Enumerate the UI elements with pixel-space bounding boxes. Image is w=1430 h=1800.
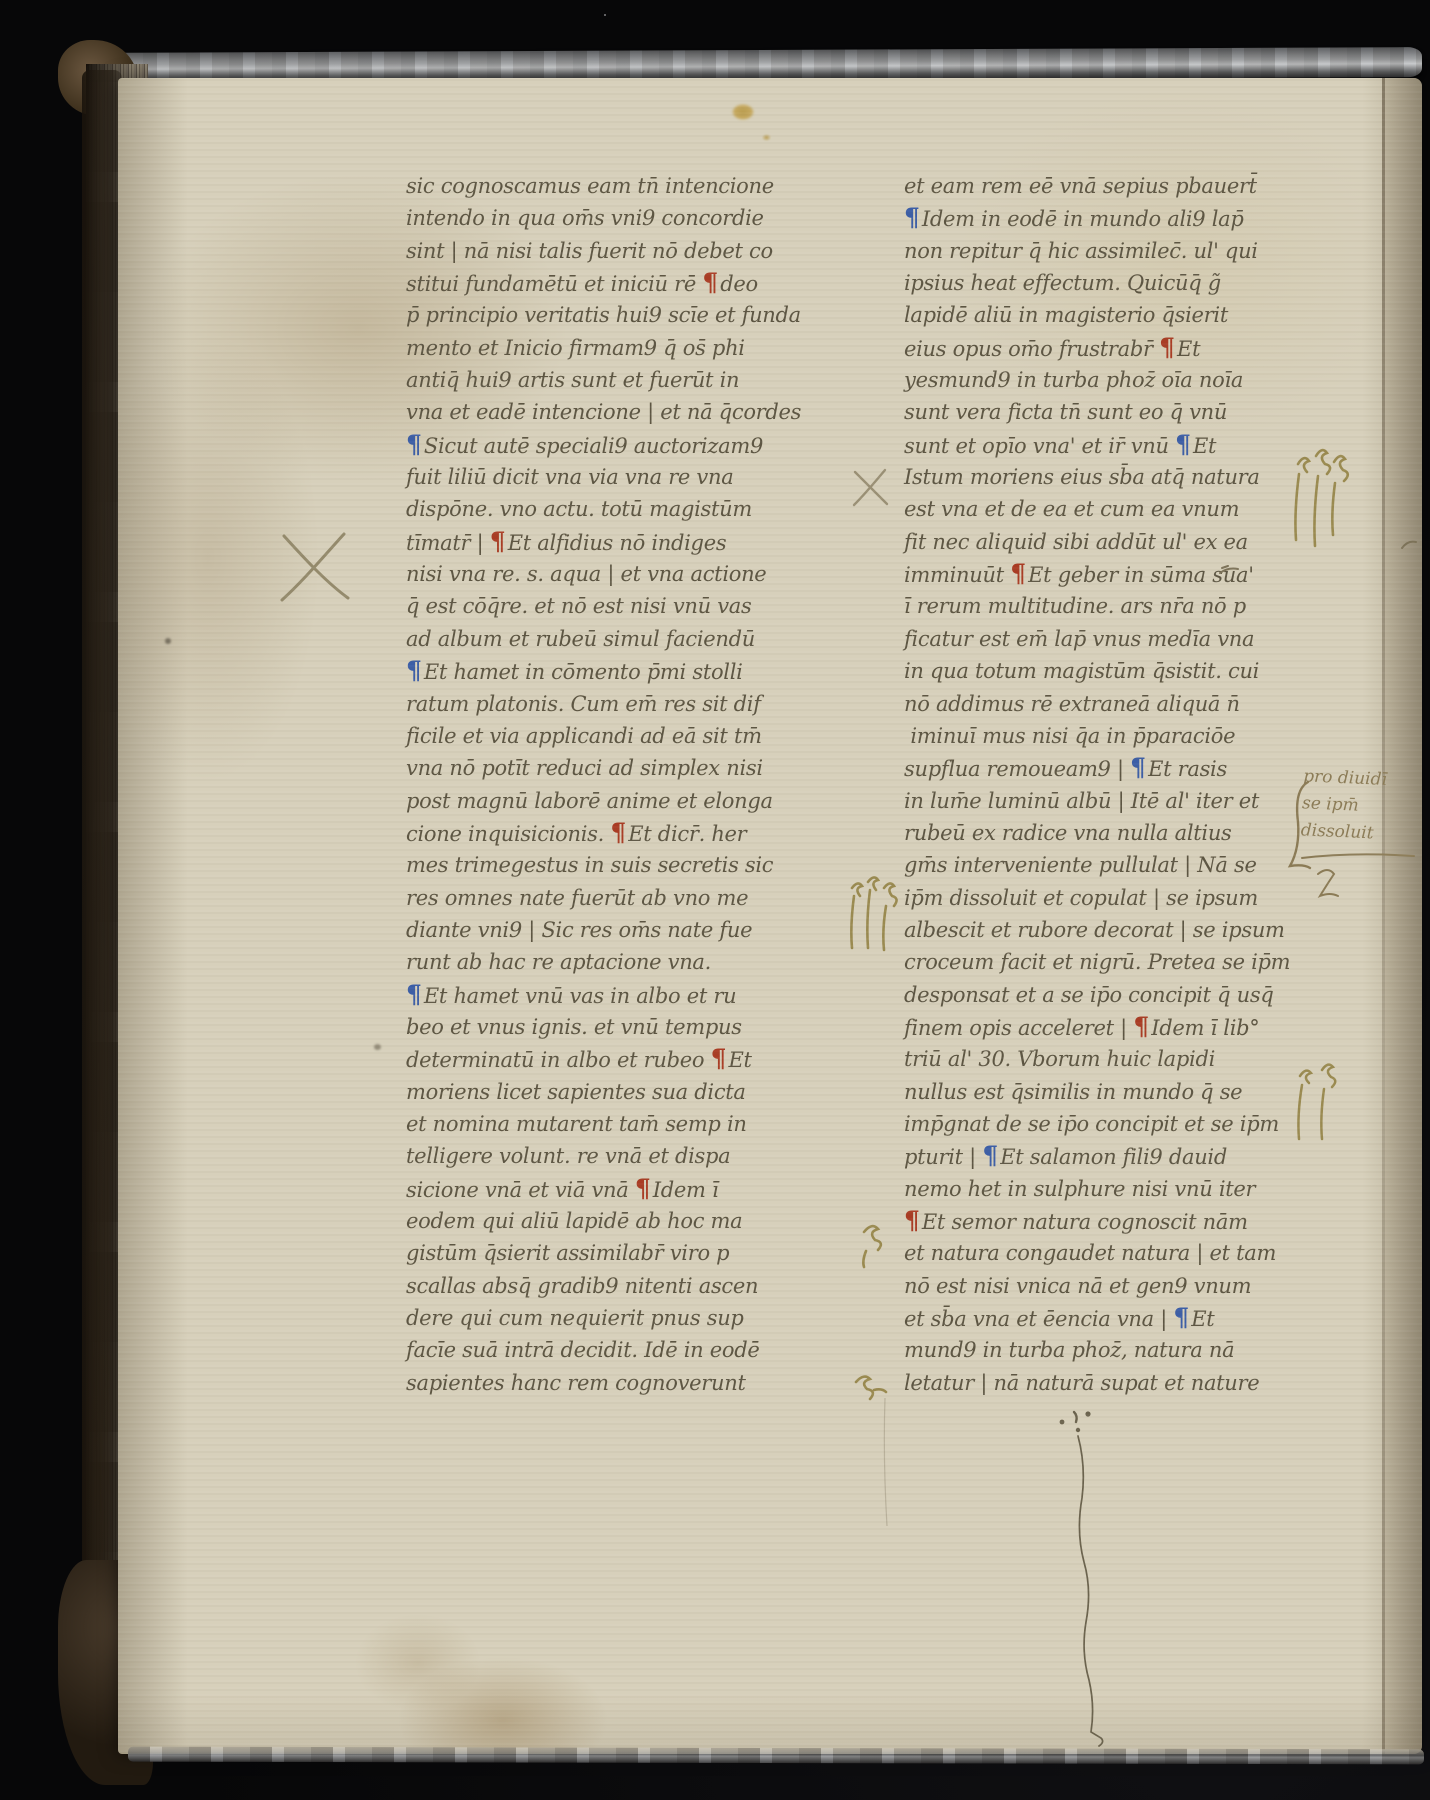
text-line: beo et vnus ignis. et vnū tempus bbox=[406, 1011, 778, 1043]
text-line: antiq̄ hui9 artis sunt et fuerūt in bbox=[406, 364, 778, 396]
text-line: p̄ principio veritatis hui9 scīe et fund… bbox=[406, 299, 778, 331]
red-pilcrow-icon: ¶ bbox=[702, 268, 720, 297]
text-line: stitui fundamētū et iniciū rē ¶deo bbox=[406, 267, 778, 299]
faint-hairline bbox=[880, 1398, 890, 1528]
text-line: fuit liliū dicit vna via vna re vna bbox=[406, 461, 778, 493]
text-line: sapientes hanc rem cognoverunt bbox=[406, 1367, 778, 1399]
text-line: moriens licet sapientes sua dicta bbox=[406, 1076, 778, 1108]
paraph-hook-icon bbox=[856, 1220, 896, 1270]
red-pilcrow-icon: ¶ bbox=[610, 818, 628, 847]
text-line: yesmund9 in turba phoz̄ oīa noīa bbox=[904, 364, 1284, 396]
text-line: res omnes nate fuerūt ab vno me bbox=[406, 882, 778, 914]
red-pilcrow-icon: ¶ bbox=[1133, 1012, 1151, 1041]
blue-pilcrow-icon: ¶ bbox=[1173, 1303, 1191, 1332]
text-line: gistūm q̄sierit assimilabr̄ viro p bbox=[406, 1237, 778, 1269]
text-line: ¶Et semor natura cognoscit nām bbox=[904, 1205, 1284, 1237]
text-line: ad album et rubeū simul faciendū bbox=[406, 623, 778, 655]
text-line: ratum platonis. Cum em̄ res sit dif bbox=[406, 688, 778, 720]
text-line: imp̄gnat de se ip̄o concipit et se ip̄m bbox=[904, 1108, 1284, 1140]
blue-pilcrow-icon: ¶ bbox=[982, 1141, 1000, 1170]
text-line: gm̄s interveniente pullulat | Nā se bbox=[904, 849, 1284, 881]
blue-pilcrow-icon: ¶ bbox=[1175, 430, 1193, 459]
blue-pilcrow-icon: ¶ bbox=[1130, 753, 1148, 782]
book-tail-edge bbox=[128, 1747, 1424, 1765]
text-line: facīe suā intrā decidit. Idē in eodē bbox=[406, 1334, 778, 1366]
text-line: nullus est q̄similis in mundo q̄ se bbox=[904, 1076, 1284, 1108]
text-line: lapidē aliū in magisterio q̄sierit bbox=[904, 299, 1284, 331]
text-line: eius opus om̄o frustrabr̄ ¶Et bbox=[904, 332, 1284, 364]
text-line: ¶Sicut autē speciali9 auctorizam9 bbox=[406, 429, 778, 461]
text-line: nō addimus rē extraneā aliquā n̄ bbox=[904, 688, 1284, 720]
text-line: vna et eadē intencione | et nā q̄cordes bbox=[406, 396, 778, 428]
dust-speck bbox=[604, 14, 606, 16]
blue-pilcrow-icon: ¶ bbox=[904, 203, 922, 232]
stain-spot bbox=[732, 104, 754, 120]
red-pilcrow-icon: ¶ bbox=[711, 1044, 729, 1073]
descender-line-icon bbox=[1064, 1434, 1110, 1750]
text-column-right: et eam rem eē vnā sepius pbauert̄¶Idem i… bbox=[904, 170, 1284, 1399]
text-line: runt ab hac re aptacione vna. bbox=[406, 946, 778, 978]
text-line: telligere volunt. re vnā et dispa bbox=[406, 1140, 778, 1172]
text-line: ip̄m dissoluit et copulat | se ipsum bbox=[904, 882, 1284, 914]
margin-note-underline bbox=[1300, 850, 1420, 906]
red-pilcrow-icon: ¶ bbox=[1010, 559, 1028, 588]
text-line: in lum̄e luminū albū | Itē al' iter et bbox=[904, 785, 1284, 817]
text-line: post magnū laborē anime et elonga bbox=[406, 785, 778, 817]
text-line: q̄ est cōq̄re. et nō est nisi vnū vas bbox=[406, 590, 778, 622]
text-line: et sb̄a vna et ēencia vna | ¶Et bbox=[904, 1302, 1284, 1334]
darkened-spine-edge bbox=[82, 70, 122, 1760]
text-line: albescit et rubore decorat | se ipsum bbox=[904, 914, 1284, 946]
blue-pilcrow-icon: ¶ bbox=[406, 430, 424, 459]
text-line: nemo het in sulphure nisi vnū iter bbox=[904, 1173, 1284, 1205]
text-line: scallas absq̄ gradib9 nitenti ascen bbox=[406, 1270, 778, 1302]
text-line: fit nec aliquid sibi addūt ul' ex ea bbox=[904, 526, 1284, 558]
dash-mark bbox=[1400, 538, 1418, 552]
text-line: dere qui cum nequierit pnus sup bbox=[406, 1302, 778, 1334]
dash-mark bbox=[1218, 564, 1240, 578]
text-line: ficatur est em̄ lap̄ vnus medīa vna bbox=[904, 623, 1284, 655]
text-line: croceum facit et nigrū. Pretea se ip̄m bbox=[904, 946, 1284, 978]
margin-note-line: dissoluit bbox=[1300, 817, 1425, 849]
red-pilcrow-icon: ¶ bbox=[1159, 333, 1177, 362]
text-line: diante vni9 | Sic res om̄s nate fue bbox=[406, 914, 778, 946]
text-line: dispōne. vno actu. totū magistūm bbox=[406, 493, 778, 525]
text-line: sicione vnā et viā vnā ¶Idem ī bbox=[406, 1173, 778, 1205]
text-line: nisi vna re. s. aqua | et vna actione bbox=[406, 558, 778, 590]
text-line: letatur | nā naturā supat et nature bbox=[904, 1367, 1284, 1399]
text-line: mento et Inicio firmam9 q̄ os̄ phi bbox=[406, 332, 778, 364]
text-line: supflua remoueam9 | ¶Et rasis bbox=[904, 752, 1284, 784]
red-pilcrow-icon: ¶ bbox=[904, 1206, 922, 1235]
margin-note: pro diuidīse ipm̄dissoluit bbox=[1300, 763, 1427, 849]
text-line: ipsius heat effectum. Quicūq̄ g̃ bbox=[904, 267, 1284, 299]
text-line: mes trimegestus in suis secretis sic bbox=[406, 849, 778, 881]
text-line: triū al' 30. Vborum huic lapidi bbox=[904, 1043, 1284, 1075]
text-line: eodem qui aliū lapidē ab hoc ma bbox=[406, 1205, 778, 1237]
text-line: mund9 in turba phoz̄, natura nā bbox=[904, 1334, 1284, 1366]
text-line: finem opis acceleret | ¶Idem ī lib° bbox=[904, 1011, 1284, 1043]
text-line: et natura congaudet natura | et tam bbox=[904, 1237, 1284, 1269]
text-line: et eam rem eē vnā sepius pbauert̄ bbox=[904, 170, 1284, 202]
text-line: rubeū ex radice vna nulla altius bbox=[904, 817, 1284, 849]
text-line: desponsat et a se ip̄o concipit q̄ usq̄ bbox=[904, 979, 1284, 1011]
text-line: iminuī mus nisi q̄a in p̄paraciōe bbox=[904, 720, 1284, 752]
blue-pilcrow-icon: ¶ bbox=[406, 980, 424, 1009]
text-line: intendo in qua om̄s vni9 concordie bbox=[406, 202, 778, 234]
text-line: tīmatr̄ | ¶Et alfidius nō indiges bbox=[406, 526, 778, 558]
nota-flourish-icon bbox=[1290, 1060, 1346, 1144]
text-line: sic cognoscamus eam tn̄ intencione bbox=[406, 170, 778, 202]
red-pilcrow-icon: ¶ bbox=[490, 527, 508, 556]
parchment-page: sic cognoscamus eam tn̄ intencioneintend… bbox=[118, 78, 1422, 1754]
nota-flourish-icon bbox=[842, 874, 896, 956]
text-line: sunt et opīo vna' et ir̄ vnū ¶Et bbox=[904, 429, 1284, 461]
text-line: Istum moriens eius sb̄a atq̄ natura bbox=[904, 461, 1284, 493]
text-line: determinatū in albo et rubeo ¶Et bbox=[406, 1043, 778, 1075]
text-line: sint | nā nisi talis fuerit nō debet co bbox=[406, 235, 778, 267]
stain-spot bbox=[374, 1044, 381, 1050]
blue-pilcrow-icon: ¶ bbox=[406, 656, 424, 685]
text-line: ¶Et hamet vnū vas in albo et ru bbox=[406, 979, 778, 1011]
text-line: ficile et via applicandi ad eā sit tm̄ bbox=[406, 720, 778, 752]
text-line: ¶Et hamet in cōmento p̄mi stolli bbox=[406, 655, 778, 687]
text-line: est vna et de ea et cum ea vnum bbox=[904, 493, 1284, 525]
text-line: ¶Idem in eodē in mundo ali9 lap̄ bbox=[904, 202, 1284, 234]
stain-spot bbox=[165, 638, 171, 644]
text-line: pturit | ¶Et salamon fili9 dauid bbox=[904, 1140, 1284, 1172]
text-line: cione inquisicionis. ¶Et dicr̄. her bbox=[406, 817, 778, 849]
manuscript-photo: sic cognoscamus eam tn̄ intencioneintend… bbox=[0, 0, 1430, 1800]
red-pilcrow-icon: ¶ bbox=[635, 1174, 653, 1203]
text-line: vna nō potīt reduci ad simplex nisi bbox=[406, 752, 778, 784]
text-line: et nomina mutarent tam̄ semp in bbox=[406, 1108, 778, 1140]
stain-spot bbox=[762, 134, 771, 141]
text-line: in qua totum magistūm q̄sistit. cui bbox=[904, 655, 1284, 687]
text-line: sunt vera ficta tn̄ sunt eo q̄ vnū bbox=[904, 396, 1284, 428]
nota-flourish-icon bbox=[1286, 442, 1346, 552]
x-mark-icon bbox=[278, 530, 354, 604]
text-column-left: sic cognoscamus eam tn̄ intencioneintend… bbox=[406, 170, 778, 1399]
gutter-shadow bbox=[1385, 78, 1422, 1754]
text-line: ī rerum multitudine. ars nr̄a nō p bbox=[904, 590, 1284, 622]
text-line: nō est nisi vnica nā et gen9 vnum bbox=[904, 1270, 1284, 1302]
x-mark-small-icon bbox=[851, 466, 891, 508]
colon-dots-icon bbox=[1056, 1404, 1096, 1438]
text-line: non repitur q̄ hic assimilec̄. ul' qui bbox=[904, 235, 1284, 267]
